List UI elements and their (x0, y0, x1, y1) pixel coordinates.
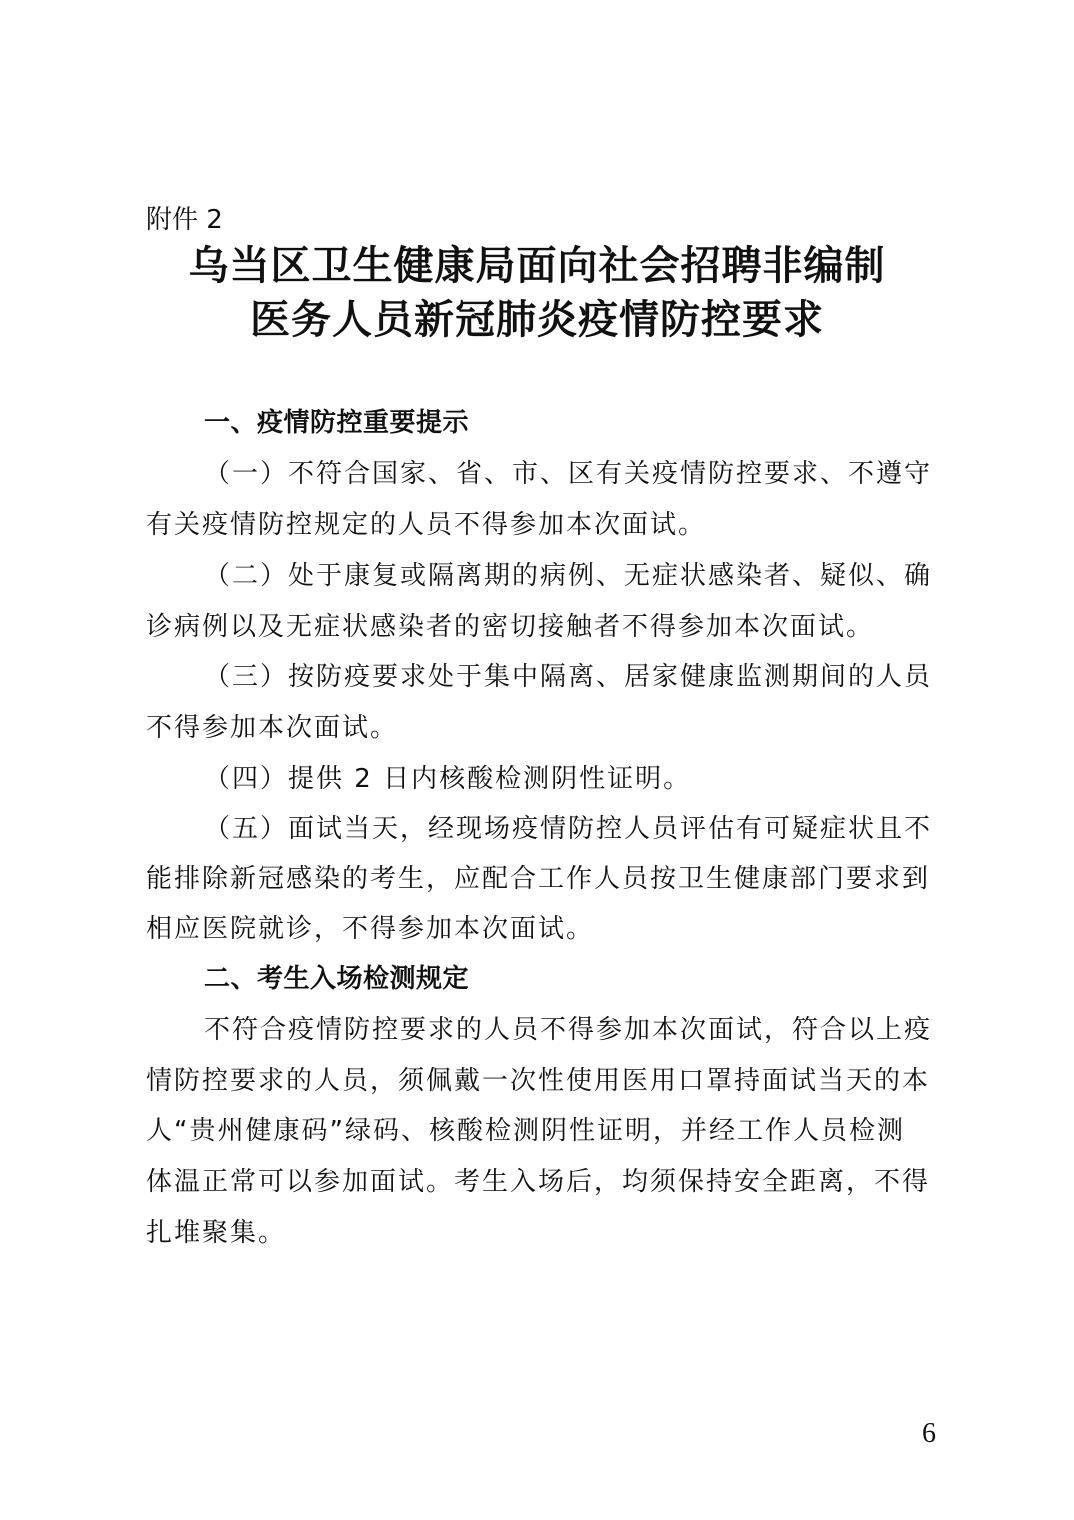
attachment-label: 附件 2 (146, 203, 223, 237)
document-title-line-2: 医务人员新冠肺炎疫情防控要求 (0, 296, 1074, 344)
paragraph-line: （二）处于康复或隔离期的病例、无症状感染者、疑似、确 (204, 559, 1004, 593)
paragraph-line: 有关疫情防控规定的人员不得参加本次面试。 (146, 508, 946, 542)
document-title-line-1: 乌当区卫生健康局面向社会招聘非编制 (0, 242, 1074, 290)
paragraph-line: 相应医院就诊，不得参加本次面试。 (146, 912, 946, 946)
paragraph-line: （三）按防疫要求处于集中隔离、居家健康监测期间的人员 (204, 660, 1004, 694)
paragraph-line: 情防控要求的人员，须佩戴一次性使用医用口罩持面试当天的本 (146, 1064, 946, 1098)
paragraph-line: 诊病例以及无症状感染者的密切接触者不得参加本次面试。 (146, 610, 946, 644)
document-page: 附件 2 乌当区卫生健康局面向社会招聘非编制 医务人员新冠肺炎疫情防控要求 一、… (0, 0, 1074, 1520)
paragraph-line: 扎堆聚集。 (146, 1216, 946, 1250)
paragraph-line: 不得参加本次面试。 (146, 711, 946, 745)
paragraph-line: 能排除新冠感染的考生，应配合工作人员按卫生健康部门要求到 (146, 862, 946, 896)
paragraph-line: 不符合疫情防控要求的人员不得参加本次面试，符合以上疫 (204, 1013, 1004, 1047)
paragraph-line: （五）面试当天，经现场疫情防控人员评估有可疑症状且不 (204, 812, 1004, 846)
paragraph-line: （一）不符合国家、省、市、区有关疫情防控要求、不遵守 (204, 457, 1004, 491)
paragraph-line: （四）提供 2 日内核酸检测阴性证明。 (204, 762, 1004, 796)
section-heading-1: 一、疫情防控重要提示 (204, 406, 1004, 440)
paragraph-line: 人“贵州健康码”绿码、核酸检测阴性证明，并经工作人员检测 (146, 1114, 946, 1148)
page-number: 6 (922, 1418, 936, 1450)
section-heading-2: 二、考生入场检测规定 (204, 962, 1004, 996)
paragraph-line: 体温正常可以参加面试。考生入场后，均须保持安全距离，不得 (146, 1165, 946, 1199)
